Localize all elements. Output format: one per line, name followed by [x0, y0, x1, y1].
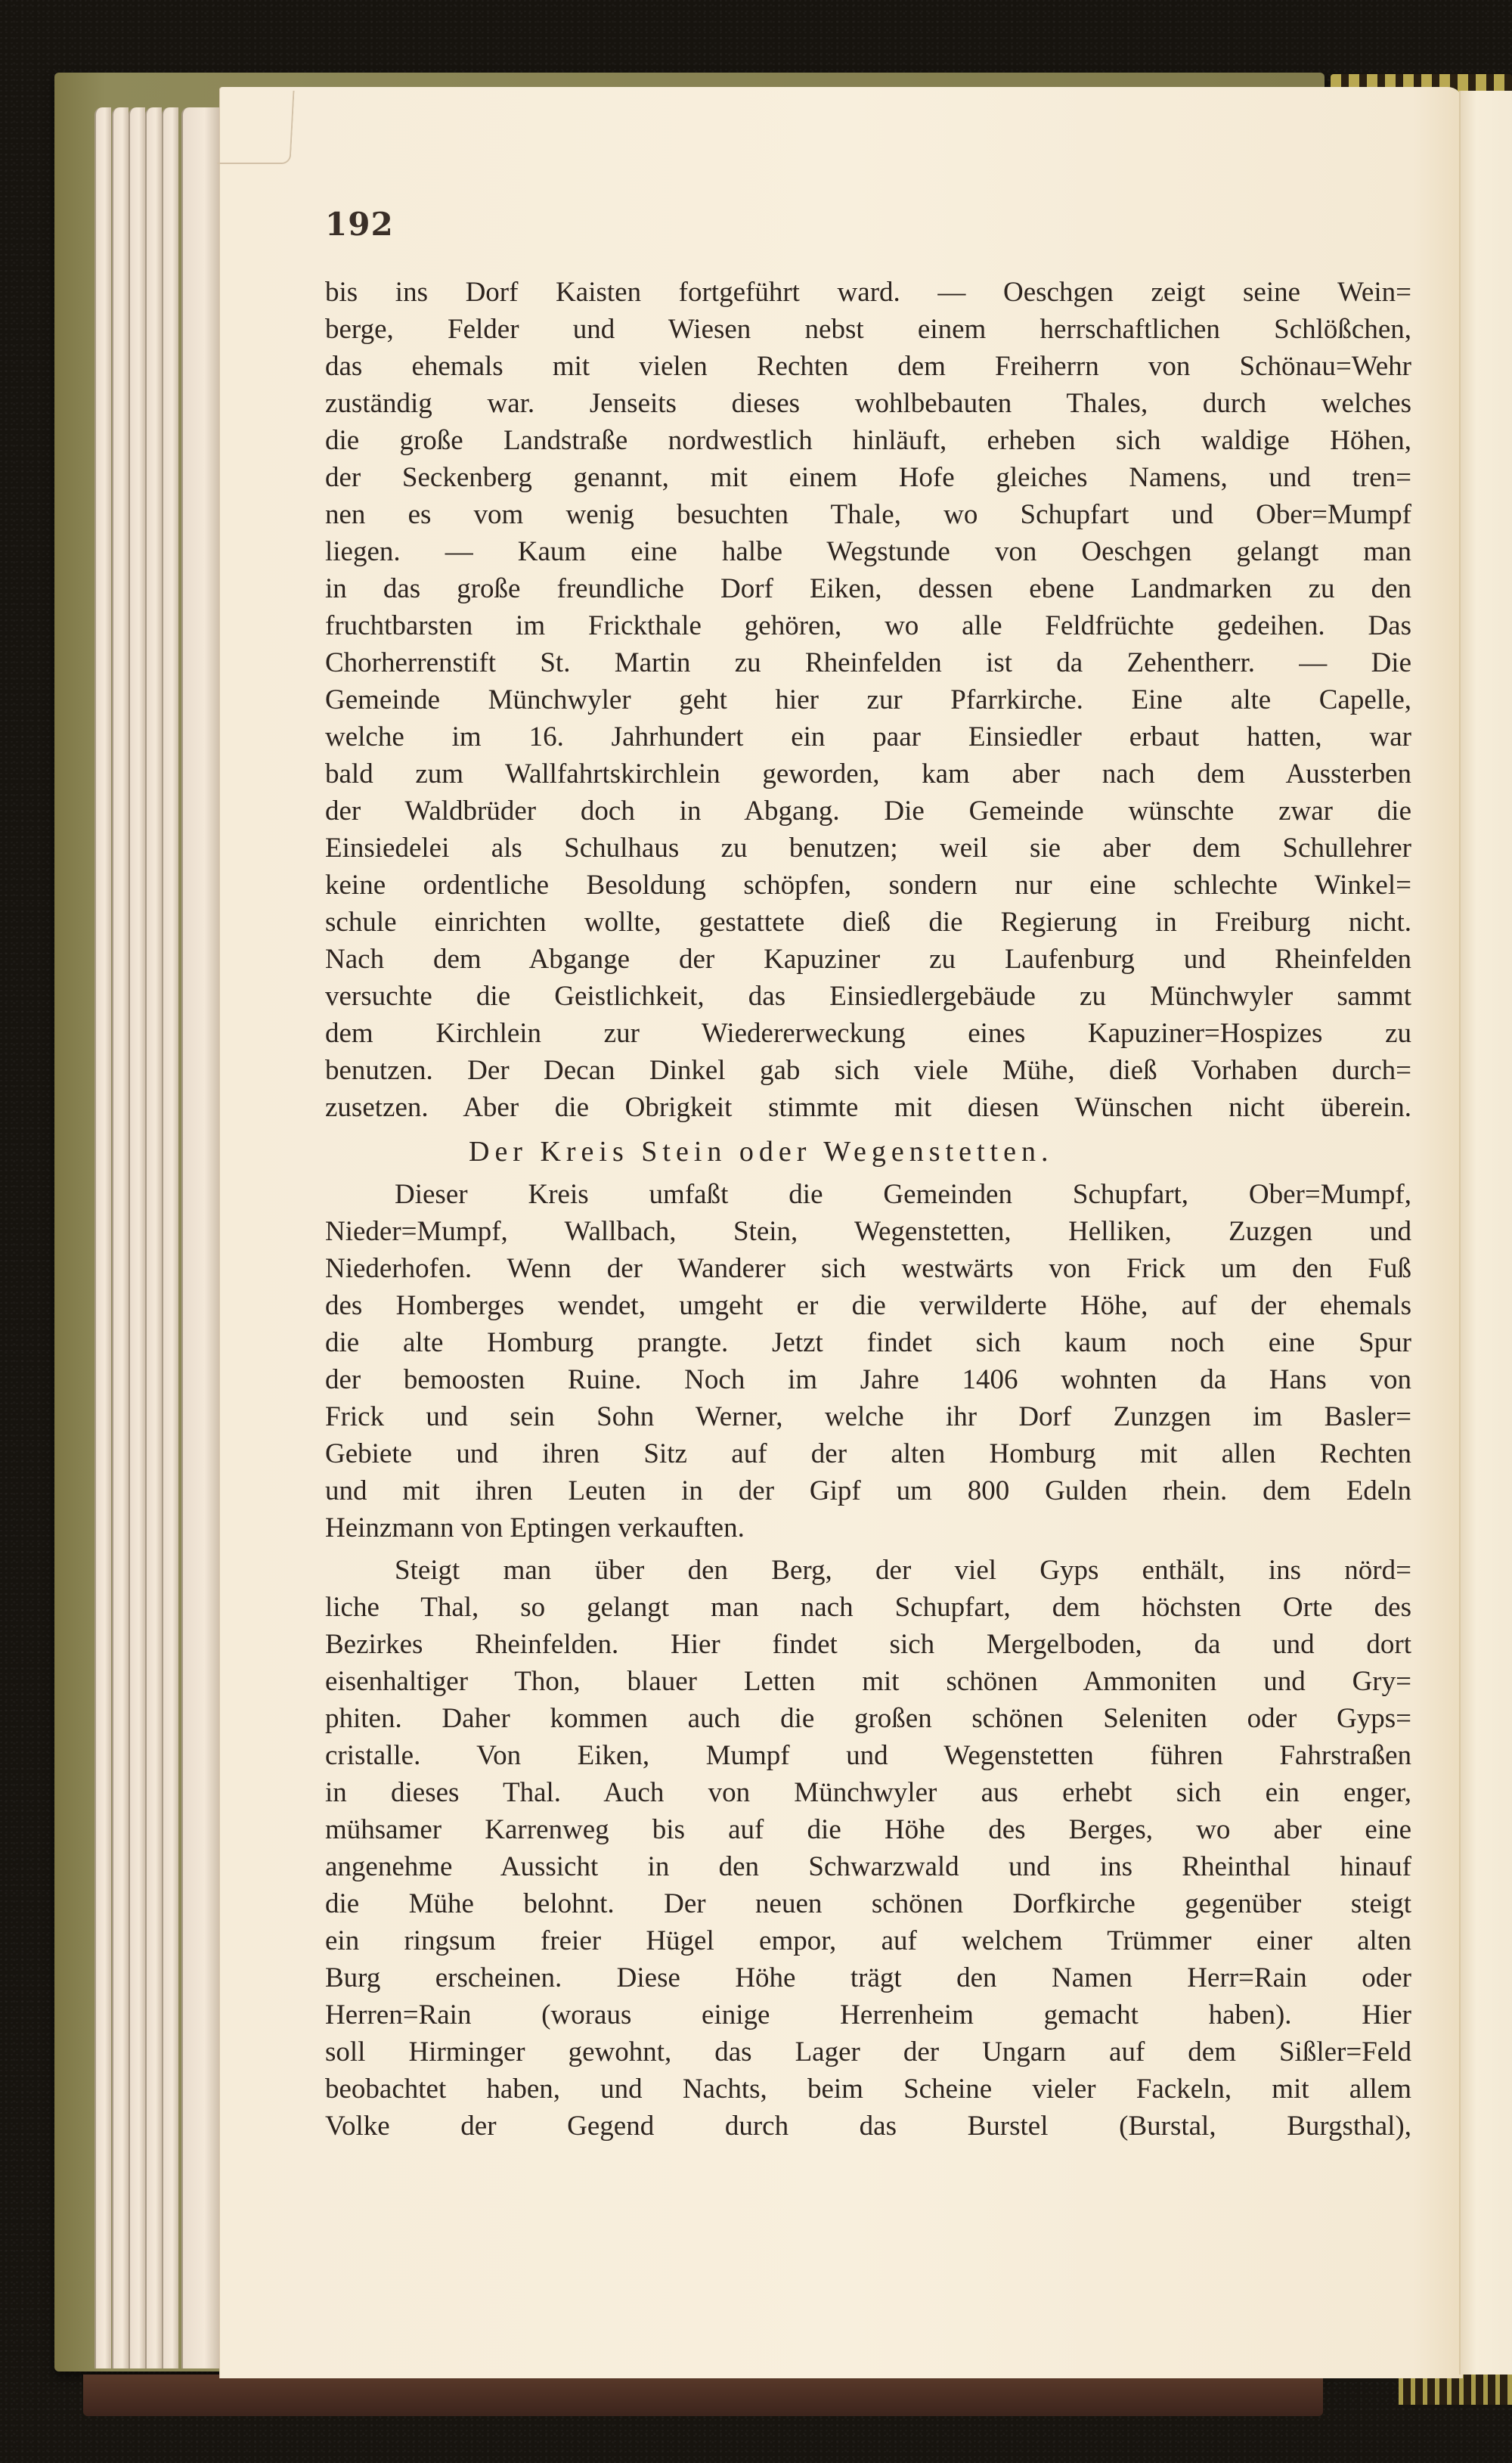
text-line: beobachtet haben, und Nachts, beim Schei…	[325, 2071, 1411, 2108]
page-stack-edge	[162, 107, 178, 2368]
text-line: Herren=Rain (woraus einige Herrenheim ge…	[325, 1996, 1411, 2033]
page-stack-edge	[145, 107, 162, 2368]
text-line: Nieder=Mumpf, Wallbach, Stein, Wegenstet…	[325, 1213, 1411, 1250]
text-line: zusetzen. Aber die Obrigkeit stimmte mit…	[325, 1089, 1411, 1126]
text-line: die Mühe belohnt. Der neuen schönen Dorf…	[325, 1885, 1411, 1922]
text-line: ein ringsum freier Hügel empor, auf welc…	[325, 1922, 1411, 1959]
text-line: Heinzmann von Eptingen verkauften.	[325, 1509, 1411, 1546]
text-line: eisenhaltiger Thon, blauer Letten mit sc…	[325, 1663, 1411, 1700]
text-line: cristalle. Von Eiken, Mumpf und Wegenste…	[325, 1737, 1411, 1774]
text-line: Chorherrenstift St. Martin zu Rheinfelde…	[325, 644, 1411, 681]
page-stack-edge	[112, 107, 129, 2368]
facing-page-gutter	[1459, 91, 1512, 2375]
text-line: zuständig war. Jenseits dieses wohlbebau…	[325, 385, 1411, 422]
text-line: der Seckenberg genannt, mit einem Hofe g…	[325, 459, 1411, 496]
text-line: fruchtbarsten im Frickthale gehören, wo …	[325, 607, 1411, 644]
text-line: Nach dem Abgange der Kapuziner zu Laufen…	[325, 941, 1411, 978]
text-line: Einsiedelei als Schulhaus zu benutzen; w…	[325, 830, 1411, 867]
text-line: das ehemals mit vielen Rechten dem Freih…	[325, 348, 1411, 385]
book-tailband	[1399, 2375, 1512, 2405]
text-line: angenehme Aussicht in den Schwarzwald un…	[325, 1848, 1411, 1885]
text-line: welche im 16. Jahrhundert ein paar Einsi…	[325, 718, 1411, 755]
text-line: liche Thal, so gelangt man nach Schupfar…	[325, 1589, 1411, 1626]
page-stack-edge	[94, 107, 111, 2368]
text-line: dem Kirchlein zur Wiedererweckung eines …	[325, 1015, 1411, 1052]
text-line: Frick und sein Sohn Werner, welche ihr D…	[325, 1398, 1411, 1435]
text-line: berge, Felder und Wiesen nebst einem her…	[325, 311, 1411, 348]
text-line: und mit ihren Leuten in der Gipf um 800 …	[325, 1472, 1411, 1509]
text-line: Steigt man über den Berg, der viel Gyps …	[395, 1552, 1411, 1589]
text-line: Volke der Gegend durch das Burstel (Burs…	[325, 2108, 1411, 2145]
text-line: Niederhofen. Wenn der Wanderer sich west…	[325, 1250, 1411, 1287]
text-line: in dieses Thal. Auch von Münchwyler aus …	[325, 1774, 1411, 1811]
text-line: Dieser Kreis umfaßt die Gemeinden Schupf…	[395, 1176, 1411, 1213]
text-line: schule einrichten wollte, gestattete die…	[325, 904, 1411, 941]
text-line: versuchte die Geistlichkeit, das Einsied…	[325, 978, 1411, 1015]
text-line: in das große freundliche Dorf Eiken, des…	[325, 570, 1411, 607]
text-line: mühsamer Karrenweg bis auf die Höhe des …	[325, 1811, 1411, 1848]
page-stack-edge	[181, 107, 219, 2368]
text-line: der Waldbrüder doch in Abgang. Die Gemei…	[325, 793, 1411, 830]
text-line: des Homberges wendet, umgeht er die verw…	[325, 1287, 1411, 1324]
text-line: bald zum Wallfahrtskirchlein geworden, k…	[325, 755, 1411, 793]
text-line: die alte Homburg prangte. Jetzt findet s…	[325, 1324, 1411, 1361]
book-cover-bottom-edge	[83, 2375, 1323, 2416]
text-line: Gebiete und ihren Sitz auf der alten Hom…	[325, 1435, 1411, 1472]
text-line: Bezirkes Rheinfelden. Hier findet sich M…	[325, 1626, 1411, 1663]
text-line: benutzen. Der Decan Dinkel gab sich viel…	[325, 1052, 1411, 1089]
page-number: 192	[325, 206, 394, 243]
text-line: liegen. — Kaum eine halbe Wegstunde von …	[325, 533, 1411, 570]
text-line: Burg erscheinen. Diese Höhe trägt den Na…	[325, 1959, 1411, 1996]
text-line: nen es vom wenig besuchten Thale, wo Sch…	[325, 496, 1411, 533]
text-line: bis ins Dorf Kaisten fortgeführt ward. —…	[325, 274, 1411, 311]
text-line: die große Landstraße nordwestlich hinläu…	[325, 422, 1411, 459]
section-heading: Der Kreis Stein oder Wegenstetten.	[469, 1134, 1300, 1171]
page-stack-edge	[129, 107, 145, 2368]
text-line: Gemeinde Münchwyler geht hier zur Pfarrk…	[325, 681, 1411, 718]
text-line: der bemoosten Ruine. Noch im Jahre 1406 …	[325, 1361, 1411, 1398]
folded-page-corner	[217, 91, 294, 164]
text-line: keine ordentliche Besoldung schöpfen, so…	[325, 867, 1411, 904]
text-line: phiten. Daher kommen auch die großen sch…	[325, 1700, 1411, 1737]
text-line: soll Hirminger gewohnt, das Lager der Un…	[325, 2033, 1411, 2071]
